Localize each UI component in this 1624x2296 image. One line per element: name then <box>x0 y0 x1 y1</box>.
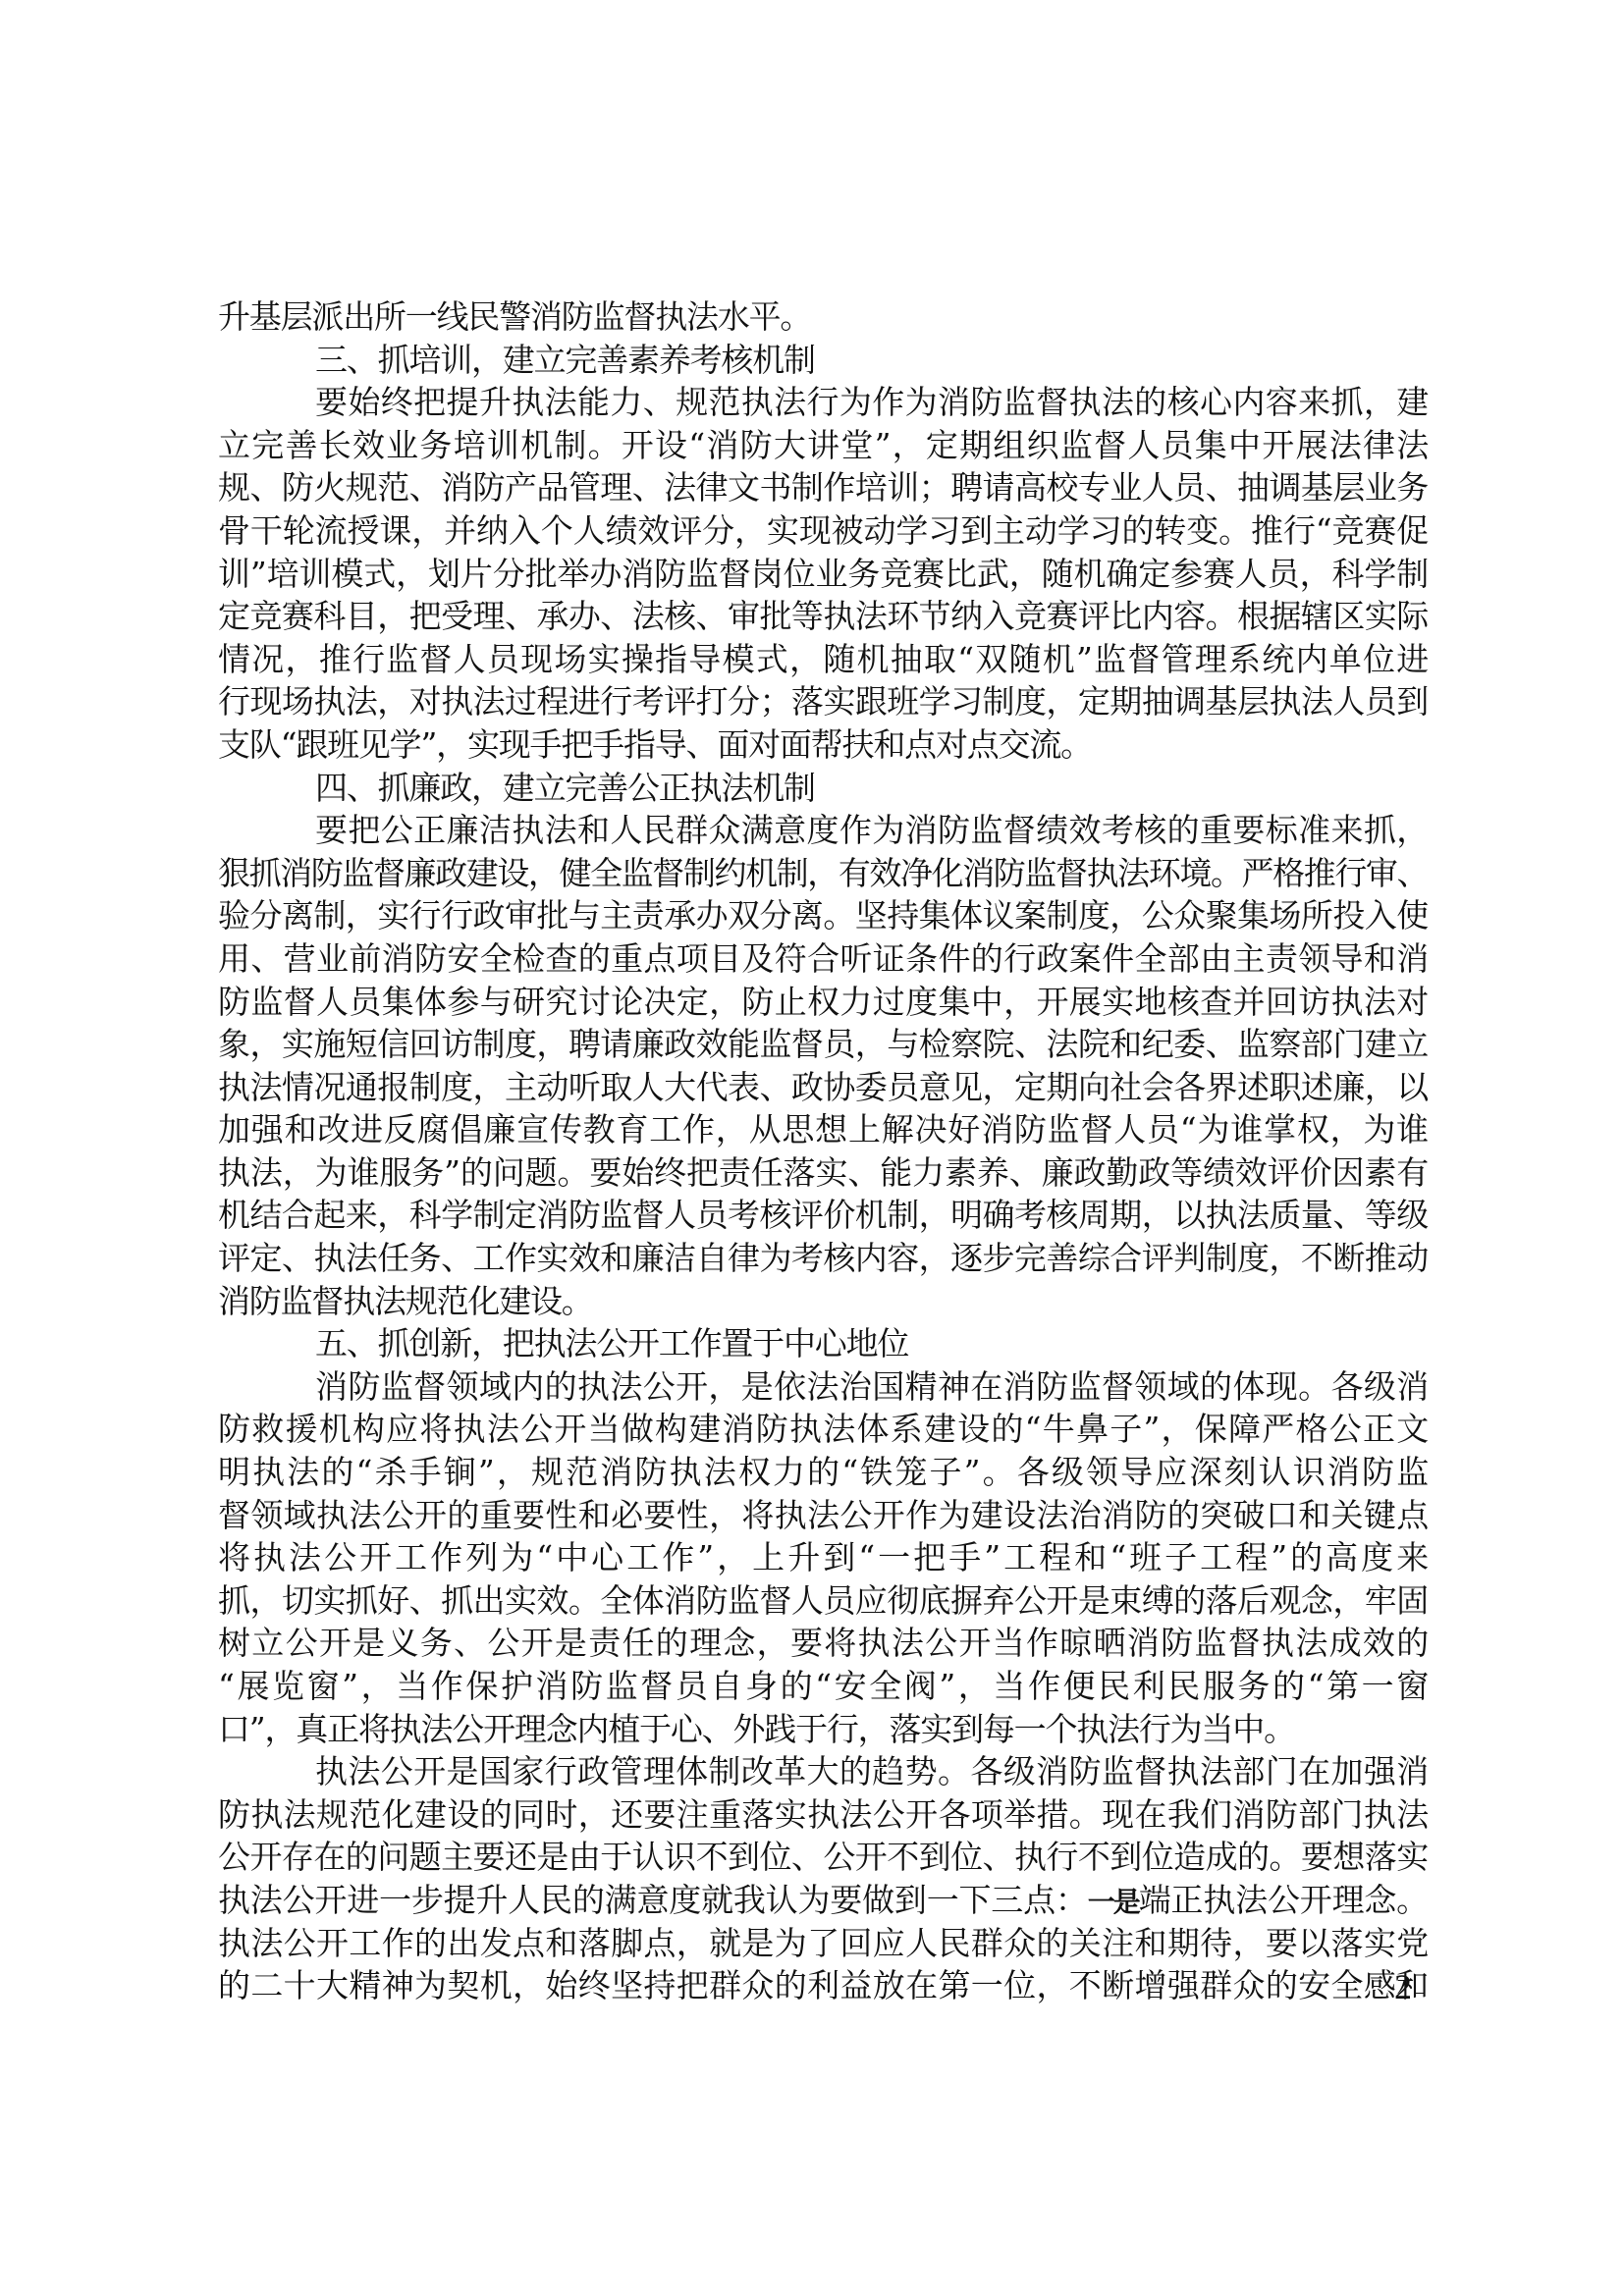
text-line: 行现场执法，对执法过程进行考评打分；落实跟班学习制度，定期抽调基层执法人员到 <box>218 680 1428 723</box>
text-line: 防执法规范化建设的同时，还要注重落实执法公开各项举措。现在我们消防部门执法 <box>218 1793 1428 1837</box>
text-line: 执法，为谁服务”的问题。要始终把责任落实、能力素养、廉政勤政等绩效评价因素有 <box>218 1151 1428 1195</box>
section-heading: 五、抓创新，把执法公开工作置于中心地位 <box>218 1322 1428 1365</box>
document-page: 升基层派出所一线民警消防监督执法水平。三、抓培训，建立完善素养考核机制要始终把提… <box>218 295 1428 2007</box>
text-segment: 执法公开进一步提升人民的满意度就我认为要做到一下三点： <box>218 1881 1088 1919</box>
text-line: 防救援机构应将执法公开当做构建消防执法体系建设的“牛鼻子”，保障严格公正文 <box>218 1408 1428 1451</box>
text-line: 支队“跟班见学”，实现手把手指导、面对面帮扶和点对点交流。 <box>218 723 1428 767</box>
section-heading: 四、抓廉政，建立完善公正执法机制 <box>218 767 1428 810</box>
text-line: 立完善长效业务培训机制。开设“消防大讲堂”，定期组织监督人员集中开展法律法 <box>218 424 1428 467</box>
text-line: 的二十大精神为契机，始终坚持把群众的利益放在第一位，不断增强群众的安全感和 <box>218 1964 1428 2007</box>
text-line: 口”，真正将执法公开理念内植于心、外践于行，落实到每一个执法行为当中。 <box>218 1708 1428 1751</box>
text-line: 督领域执法公开的重要性和必要性，将执法公开作为建设法治消防的突破口和关键点 <box>218 1494 1428 1537</box>
text-line: 情况，推行监督人员现场实操指导模式，随机抽取“双随机”监督管理系统内单位进 <box>218 638 1428 681</box>
text-line: 升基层派出所一线民警消防监督执法水平。 <box>218 295 1428 339</box>
text-line: 将执法公开工作列为“中心工作”，上升到“一把手”工程和“班子工程”的高度来 <box>218 1536 1428 1579</box>
text-line: 执法情况通报制度，主动听取人大代表、政协委员意见，定期向社会各界述职述廉，以 <box>218 1066 1428 1109</box>
text-line: 规、防火规范、消防产品管理、法律文书制作培训；聘请高校专业人员、抽调基层业务 <box>218 466 1428 509</box>
text-line: 抓，切实抓好、抓出实效。全体消防监督人员应彻底摒弃公开是束缚的落后观念，牢固 <box>218 1579 1428 1623</box>
text-line: 消防监督执法规范化建设。 <box>218 1280 1428 1323</box>
bold-marker: 一是 <box>1088 1886 1139 1918</box>
text-segment: 端正执法公开理念。 <box>1139 1881 1428 1919</box>
page-number: 2 <box>1394 1966 1412 2007</box>
text-line: 狠抓消防监督廉政建设，健全监督制约机制，有效净化消防监督执法环境。严格推行审、 <box>218 852 1428 895</box>
text-line: 用、营业前消防安全检查的重点项目及符合听证条件的行政案件全部由主责领导和消 <box>218 937 1428 981</box>
text-line: 要始终把提升执法能力、规范执法行为作为消防监督执法的核心内容来抓，建 <box>218 381 1428 424</box>
text-line: 防监督人员集体参与研究讨论决定，防止权力过度集中，开展实地核查并回访执法对 <box>218 981 1428 1024</box>
text-line: 象，实施短信回访制度，聘请廉政效能监督员，与检察院、法院和纪委、监察部门建立 <box>218 1023 1428 1066</box>
text-line: 定竞赛科目，把受理、承办、法核、审批等执法环节纳入竞赛评比内容。根据辖区实际 <box>218 595 1428 638</box>
text-line: 消防监督领域内的执法公开，是依法治国精神在消防监督领域的体现。各级消 <box>218 1365 1428 1409</box>
text-line: 明执法的“杀手锏”，规范消防执法权力的“铁笼子”。各级领导应深刻认识消防监 <box>218 1451 1428 1494</box>
text-line: 执法公开进一步提升人民的满意度就我认为要做到一下三点：一是端正执法公开理念。 <box>218 1879 1428 1922</box>
text-line: 执法公开工作的出发点和落脚点，就是为了回应人民群众的关注和期待，要以落实党 <box>218 1922 1428 1965</box>
section-heading: 三、抓培训，建立完善素养考核机制 <box>218 339 1428 382</box>
text-line: “展览窗”，当作保护消防监督员自身的“安全阀”，当作便民利民服务的“第一窗 <box>218 1665 1428 1708</box>
text-line: 执法公开是国家行政管理体制改革大的趋势。各级消防监督执法部门在加强消 <box>218 1750 1428 1793</box>
text-line: 训”培训模式，划片分批举办消防监督岗位业务竞赛比武，随机确定参赛人员，科学制 <box>218 553 1428 596</box>
text-line: 骨干轮流授课，并纳入个人绩效评分，实现被动学习到主动学习的转变。推行“竞赛促 <box>218 509 1428 553</box>
text-line: 树立公开是义务、公开是责任的理念，要将执法公开当作晾晒消防监督执法成效的 <box>218 1622 1428 1665</box>
text-line: 要把公正廉洁执法和人民群众满意度作为消防监督绩效考核的重要标准来抓， <box>218 809 1428 852</box>
text-line: 评定、执法任务、工作实效和廉洁自律为考核内容，逐步完善综合评判制度，不断推动 <box>218 1237 1428 1280</box>
text-line: 公开存在的问题主要还是由于认识不到位、公开不到位、执行不到位造成的。要想落实 <box>218 1836 1428 1879</box>
text-line: 验分离制，实行行政审批与主责承办双分离。坚持集体议案制度，公众聚集场所投入使 <box>218 894 1428 937</box>
text-line: 机结合起来，科学制定消防监督人员考核评价机制，明确考核周期，以执法质量、等级 <box>218 1194 1428 1237</box>
text-line: 加强和改进反腐倡廉宣传教育工作，从思想上解决好消防监督人员“为谁掌权，为谁 <box>218 1108 1428 1151</box>
